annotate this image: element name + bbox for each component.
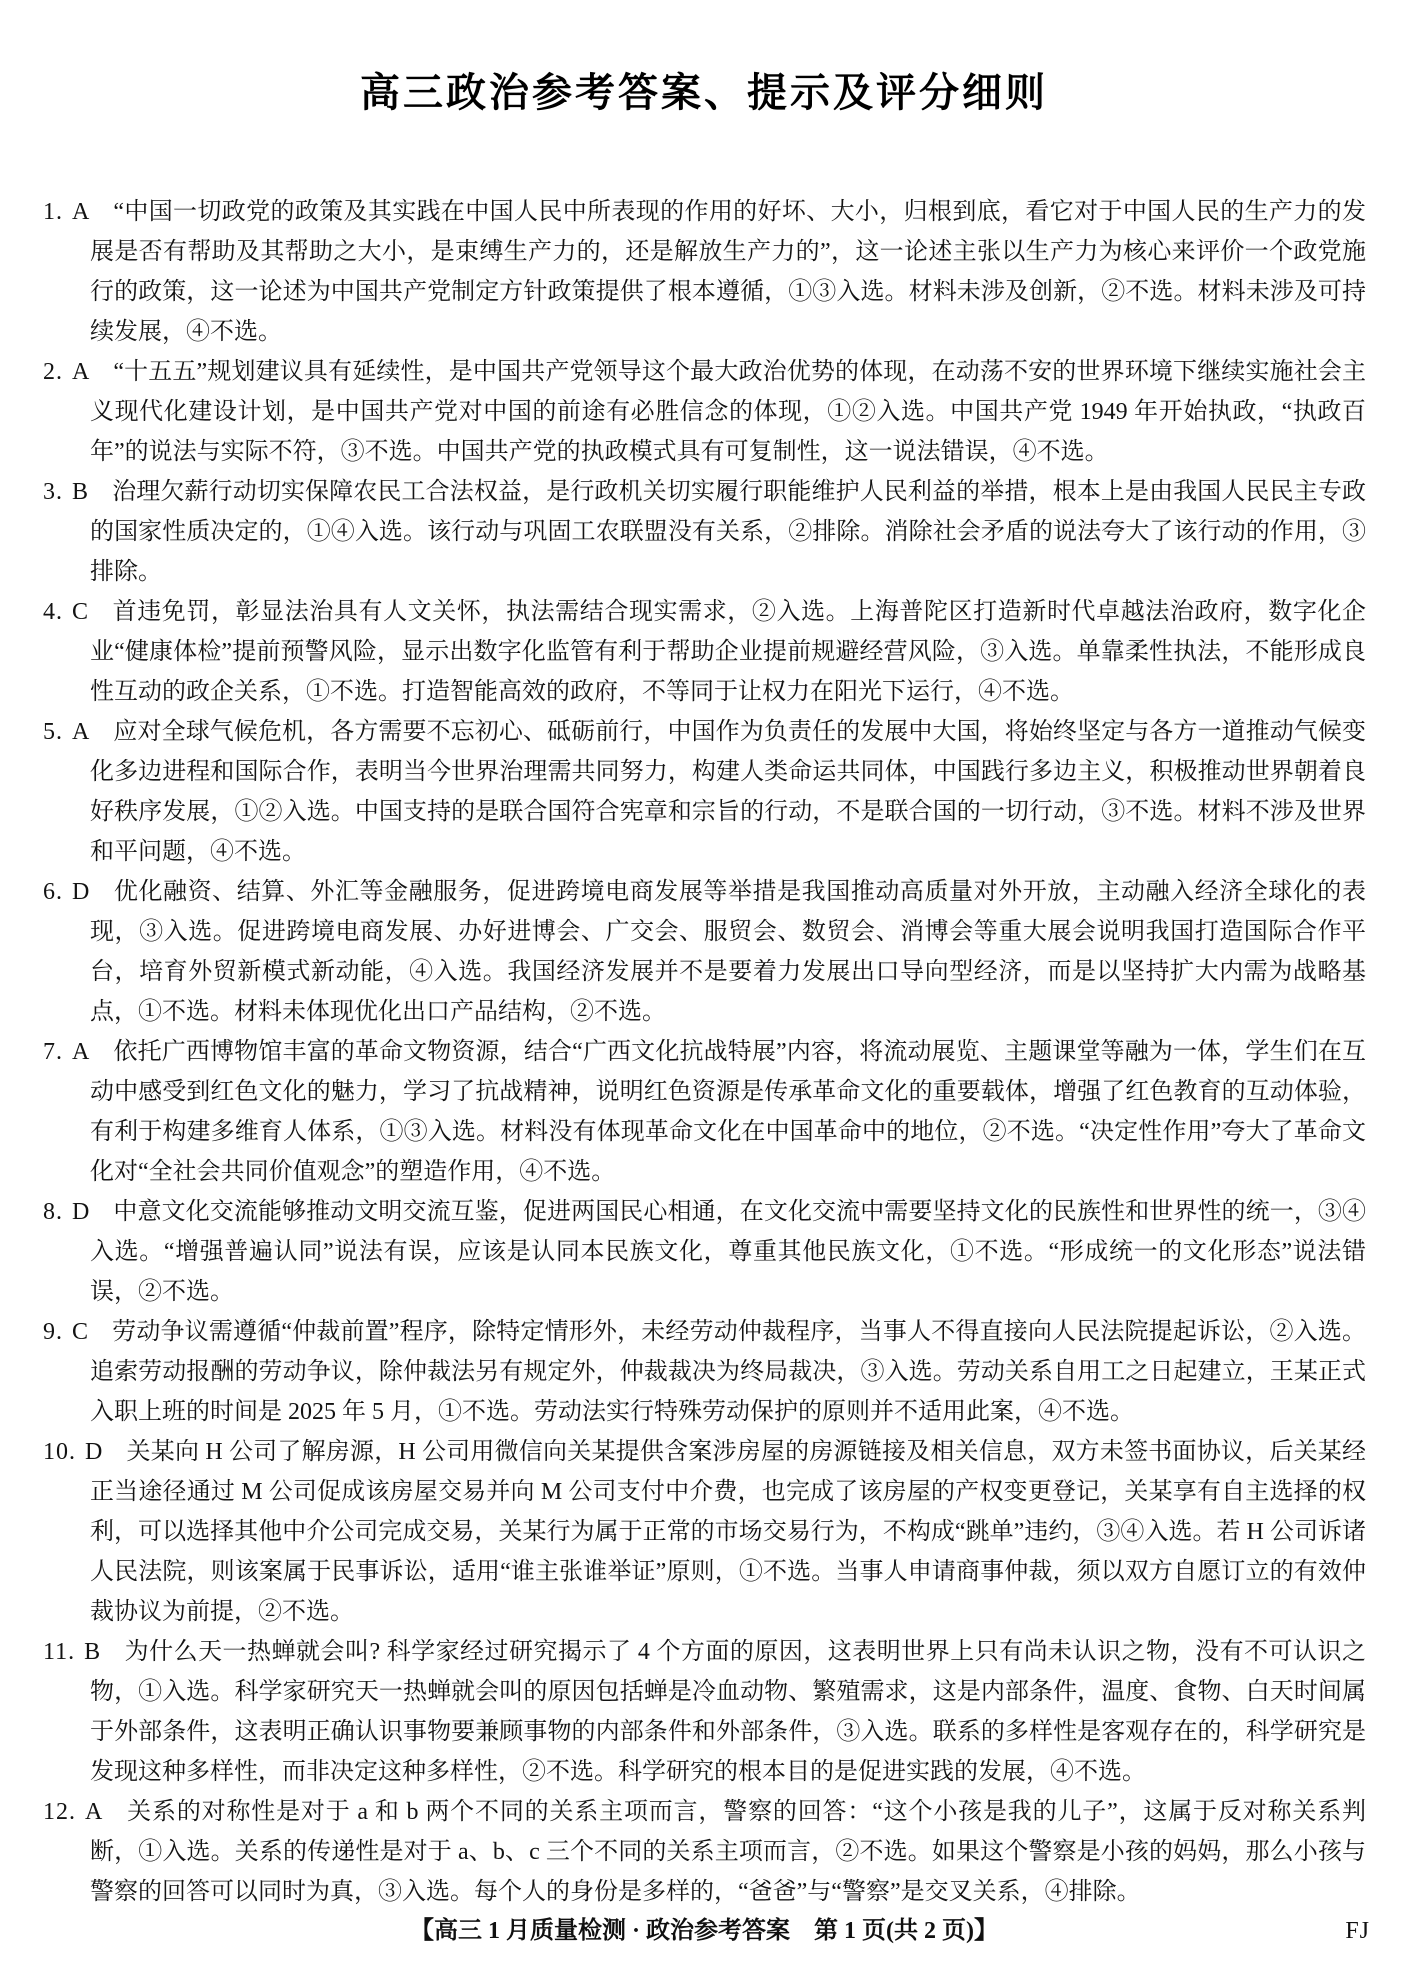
answer-item-9: 9.C劳动争议需遵循“仲裁前置”程序，除特定情形外，未经劳动仲裁程序，当事人不得…	[43, 1312, 1366, 1432]
answer-item-1: 1.A“中国一切政党的政策及其实践在中国人民中所表现的作用的好坏、大小，归根到底…	[43, 192, 1366, 352]
answer-item-8: 8.D中意文化交流能够推动文明交流互鉴，促进两国民心相通，在文化交流中需要坚持文…	[43, 1192, 1366, 1312]
item-number: 10.	[43, 1439, 76, 1465]
item-number: 2.	[43, 359, 63, 385]
item-answer: C	[72, 599, 88, 625]
answer-item-5: 5.A应对全球气候危机，各方需要不忘初心、砥砺前行，中国作为负责任的发展中大国，…	[43, 712, 1366, 872]
item-answer: C	[72, 1319, 88, 1345]
answers-list: 1.A“中国一切政党的政策及其实践在中国人民中所表现的作用的好坏、大小，归根到底…	[43, 192, 1366, 1912]
item-explanation: 为什么天一热蝉就会叫? 科学家经过研究揭示了 4 个方面的原因，这表明世界上只有…	[90, 1639, 1366, 1785]
item-number: 7.	[43, 1039, 63, 1065]
footer-page-indicator: 【高三 1 月质量检测 · 政治参考答案 第 1 页(共 2 页)】	[410, 1918, 998, 1944]
item-answer: A	[85, 1799, 102, 1825]
answer-sheet-page: 高三政治参考答案、提示及评分细则 1.A“中国一切政党的政策及其实践在中国人民中…	[0, 0, 1408, 1974]
item-answer: D	[85, 1439, 102, 1465]
item-number: 9.	[43, 1319, 63, 1345]
item-explanation: 中意文化交流能够推动文明交流互鉴，促进两国民心相通，在文化交流中需要坚持文化的民…	[90, 1199, 1366, 1305]
page-footer: 【高三 1 月质量检测 · 政治参考答案 第 1 页(共 2 页)】 FJ	[0, 1914, 1408, 1948]
item-explanation: 劳动争议需遵循“仲裁前置”程序，除特定情形外，未经劳动仲裁程序，当事人不得直接向…	[90, 1319, 1366, 1425]
item-number: 11.	[43, 1639, 75, 1665]
item-number: 12.	[43, 1799, 76, 1825]
item-answer: B	[84, 1639, 100, 1665]
answer-item-4: 4.C首违免罚，彰显法治具有人文关怀，执法需结合现实需求，②入选。上海普陀区打造…	[43, 592, 1366, 712]
page-title: 高三政治参考答案、提示及评分细则	[45, 68, 1363, 118]
item-explanation: “十五五”规划建议具有延续性，是中国共产党领导这个最大政治优势的体现，在动荡不安…	[90, 359, 1366, 465]
item-number: 4.	[43, 599, 63, 625]
item-answer: A	[72, 1039, 89, 1065]
item-answer: D	[72, 1199, 89, 1225]
item-answer: D	[72, 879, 89, 905]
answer-item-12: 12.A关系的对称性是对于 a 和 b 两个不同的关系主项而言，警察的回答：“这…	[43, 1792, 1366, 1912]
item-answer: A	[72, 719, 89, 745]
item-explanation: 关系的对称性是对于 a 和 b 两个不同的关系主项而言，警察的回答：“这个小孩是…	[90, 1799, 1366, 1905]
item-number: 8.	[43, 1199, 63, 1225]
item-answer: B	[72, 479, 88, 505]
item-number: 1.	[43, 199, 63, 225]
answer-item-11: 11.B为什么天一热蝉就会叫? 科学家经过研究揭示了 4 个方面的原因，这表明世…	[43, 1632, 1366, 1792]
item-explanation: 首违免罚，彰显法治具有人文关怀，执法需结合现实需求，②入选。上海普陀区打造新时代…	[90, 599, 1366, 705]
answer-item-3: 3.B治理欠薪行动切实保障农民工合法权益，是行政机关切实履行职能维护人民利益的举…	[43, 472, 1366, 592]
answer-item-10: 10.D关某向 H 公司了解房源，H 公司用微信向关某提供含案涉房屋的房源链接及…	[43, 1432, 1366, 1632]
item-explanation: 治理欠薪行动切实保障农民工合法权益，是行政机关切实履行职能维护人民利益的举措，根…	[90, 479, 1366, 585]
item-number: 3.	[43, 479, 63, 505]
item-answer: A	[72, 199, 89, 225]
item-explanation: 关某向 H 公司了解房源，H 公司用微信向关某提供含案涉房屋的房源链接及相关信息…	[90, 1439, 1366, 1625]
answer-item-6: 6.D优化融资、结算、外汇等金融服务，促进跨境电商发展等举措是我国推动高质量对外…	[43, 872, 1366, 1032]
item-explanation: 优化融资、结算、外汇等金融服务，促进跨境电商发展等举措是我国推动高质量对外开放，…	[90, 879, 1366, 1025]
item-explanation: 依托广西博物馆丰富的革命文物资源，结合“广西文化抗战特展”内容，将流动展览、主题…	[90, 1039, 1366, 1185]
answer-item-2: 2.A“十五五”规划建议具有延续性，是中国共产党领导这个最大政治优势的体现，在动…	[43, 352, 1366, 472]
item-number: 6.	[43, 879, 63, 905]
item-explanation: “中国一切政党的政策及其实践在中国人民中所表现的作用的好坏、大小，归根到底，看它…	[90, 199, 1366, 345]
item-number: 5.	[43, 719, 63, 745]
answer-item-7: 7.A依托广西博物馆丰富的革命文物资源，结合“广西文化抗战特展”内容，将流动展览…	[43, 1032, 1366, 1192]
item-explanation: 应对全球气候危机，各方需要不忘初心、砥砺前行，中国作为负责任的发展中大国，将始终…	[90, 719, 1366, 865]
footer-code: FJ	[1345, 1914, 1370, 1948]
item-answer: A	[72, 359, 89, 385]
